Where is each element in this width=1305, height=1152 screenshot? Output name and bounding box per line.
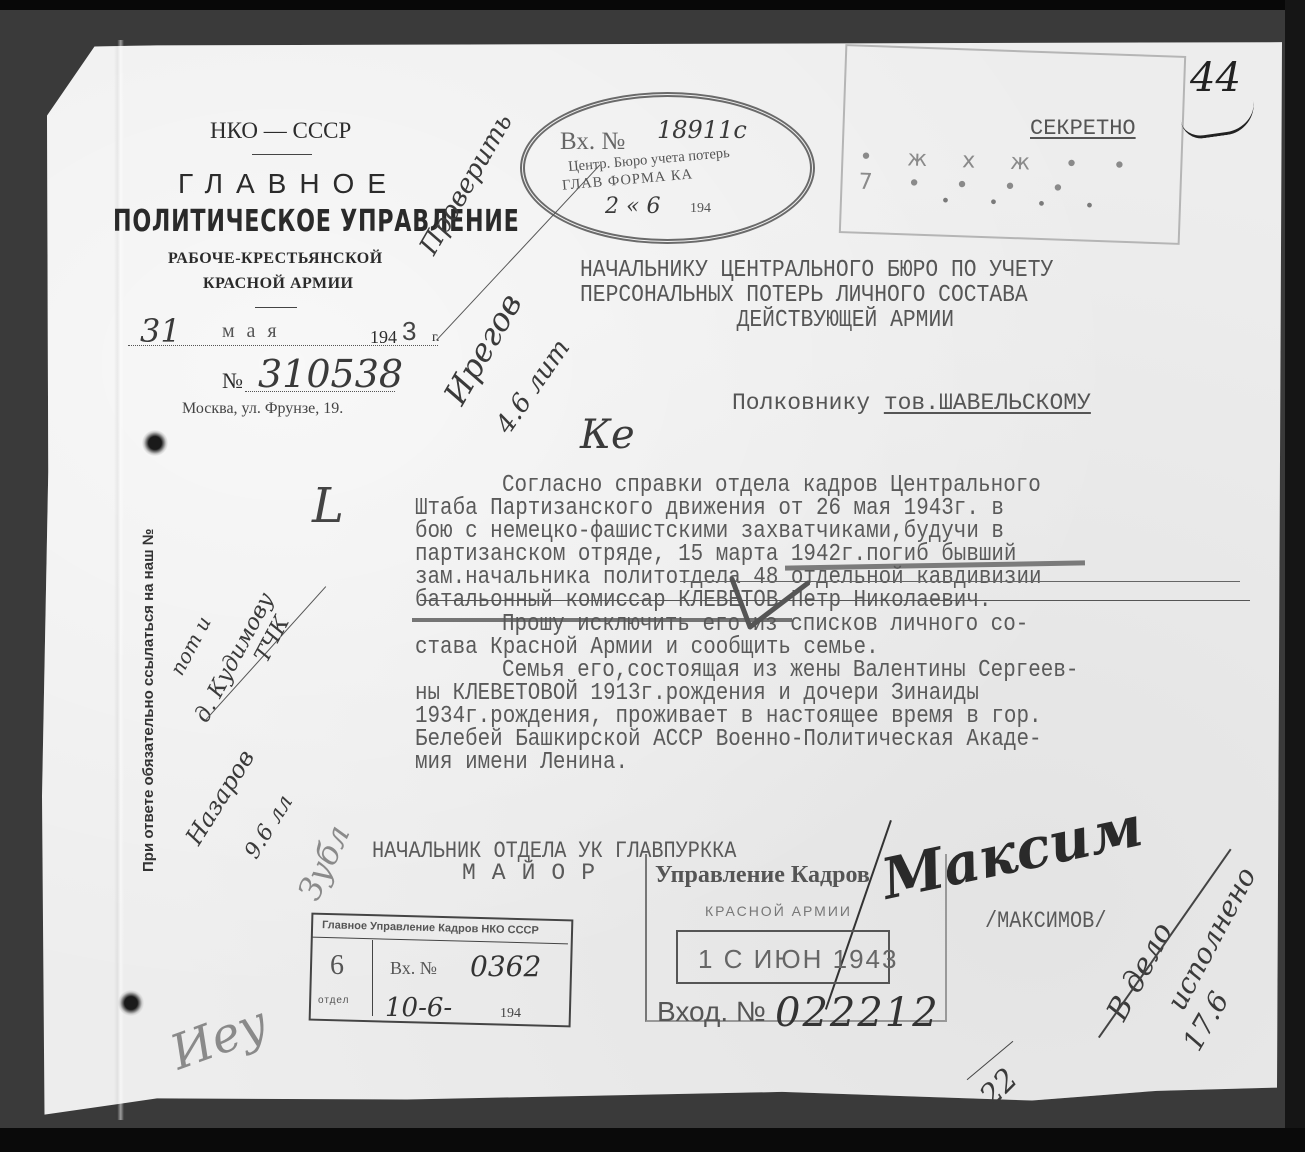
gukko-stamp-number: 0362 xyxy=(470,950,541,983)
faded-stamp-rect: • ж х ж • • 7 • • • • • • • • xyxy=(839,44,1186,245)
handwritten-mark: Ке xyxy=(580,412,635,458)
handwritten-mark: L xyxy=(312,478,344,534)
faded-stamp-marks: • • • • xyxy=(942,190,1112,219)
scan-border-right xyxy=(1285,0,1305,1152)
signatory-rank: МАЙОР xyxy=(462,860,611,886)
punch-hole xyxy=(118,990,144,1016)
cadres-stamp-title: Управление Кадров xyxy=(655,862,870,889)
checkmark-icon xyxy=(730,575,810,631)
addressee-line-1: НАЧАЛЬНИКУ ЦЕНТРАЛЬНОГО БЮРО ПО УЧЕТУ xyxy=(580,258,1053,283)
body-line: става Красной Армии и сообщить семье. xyxy=(415,636,1078,659)
stamp-divider xyxy=(372,940,373,1016)
date-month: мая xyxy=(222,320,289,343)
gukko-stamp-label: Вх. № xyxy=(390,958,437,979)
page-number: 44 xyxy=(1190,55,1241,101)
gukko-stamp-year: 194 xyxy=(500,1006,521,1022)
cadres-stamp-label: Вход. № xyxy=(657,996,766,1028)
outgoing-number-label: № xyxy=(222,368,243,394)
oval-stamp-number: 18911с xyxy=(657,116,747,144)
oval-stamp-label: Вх. № xyxy=(560,128,625,156)
body-line: мия имени Ленина. xyxy=(415,751,1078,774)
date-year-suffix: 3 xyxy=(402,316,416,347)
cadres-stamp-number: 022212 xyxy=(775,990,940,1036)
gukko-stamp-dept-label: отдел xyxy=(318,995,350,1006)
pencil-underline xyxy=(420,600,1250,601)
cadres-stamp-subtitle: КРАСНОЙ АРМИИ xyxy=(705,903,852,919)
addressee-line-2: ПЕРСОНАЛЬНЫХ ПОТЕРЬ ЛИЧНОГО СОСТАВА xyxy=(580,283,1053,308)
outgoing-number: 310538 xyxy=(258,352,403,396)
letterhead-divider xyxy=(252,154,312,155)
body-line: Семья его,состоящая из жены Валентины Се… xyxy=(415,659,1078,682)
cadres-stamp-date: 1 С ИЮН 1943 xyxy=(698,944,898,975)
letterhead-divider xyxy=(255,307,297,308)
number-dotted-line xyxy=(245,391,395,392)
letterhead-title-3: РАБОЧЕ-КРЕСТЬЯНСКОЙ xyxy=(168,250,383,268)
body-line: ны КЛЕВЕТОВОЙ 1913г.рождения и дочери Зи… xyxy=(415,682,1078,705)
signatory-name: /МАКСИМОВ/ xyxy=(985,908,1106,934)
addressee-line-3: ДЕЙСТВУЮЩЕЙ АРМИИ xyxy=(580,308,1053,333)
date-year-prefix: 194 xyxy=(370,327,397,348)
letterhead-agency: НКО — СССР xyxy=(210,118,351,144)
scan-border-top xyxy=(0,0,1305,10)
oval-stamp-year: 194 xyxy=(690,201,711,217)
recipient-rank: Полковнику xyxy=(732,390,884,416)
letterhead-title-1: ГЛАВНОЕ xyxy=(178,168,399,200)
body-line: Согласно справки отдела кадров Центральн… xyxy=(415,474,1078,497)
gukko-stamp-date: 10-6- xyxy=(385,993,452,1023)
body-line: бою с немецко-фашистскими захватчиками,б… xyxy=(415,520,1078,543)
scan-border-bottom xyxy=(0,1128,1305,1152)
letterhead-title-4: КРАСНОЙ АРМИИ xyxy=(203,275,354,293)
recipient: Полковнику тов.ШАВЕЛЬСКОМУ xyxy=(732,390,1091,416)
punch-hole xyxy=(142,430,168,456)
body-line: 1934г.рождения, проживает в настоящее вр… xyxy=(415,705,1078,728)
body-line: Белебей Башкирской АССР Военно-Политичес… xyxy=(415,728,1078,751)
classification-label: СЕКРЕТНО xyxy=(1030,116,1136,141)
paper-fold xyxy=(114,40,124,1120)
addressee-block: НАЧАЛЬНИКУ ЦЕНТРАЛЬНОГО БЮРО ПО УЧЕТУ ПЕ… xyxy=(580,258,1053,333)
recipient-name: тов.ШАВЕЛЬСКОМУ xyxy=(884,390,1091,416)
body-line: Штаба Партизанского движения от 26 мая 1… xyxy=(415,497,1078,520)
reply-reference-note: При ответе обязательно ссылаться на наш … xyxy=(140,529,157,872)
letterhead-address: Москва, ул. Фрунзе, 19. xyxy=(182,400,343,418)
oval-stamp-date: 2 « 6 xyxy=(605,194,660,219)
gukko-stamp-dept-number: 6 xyxy=(330,950,344,982)
date-day: 31 xyxy=(140,312,181,350)
